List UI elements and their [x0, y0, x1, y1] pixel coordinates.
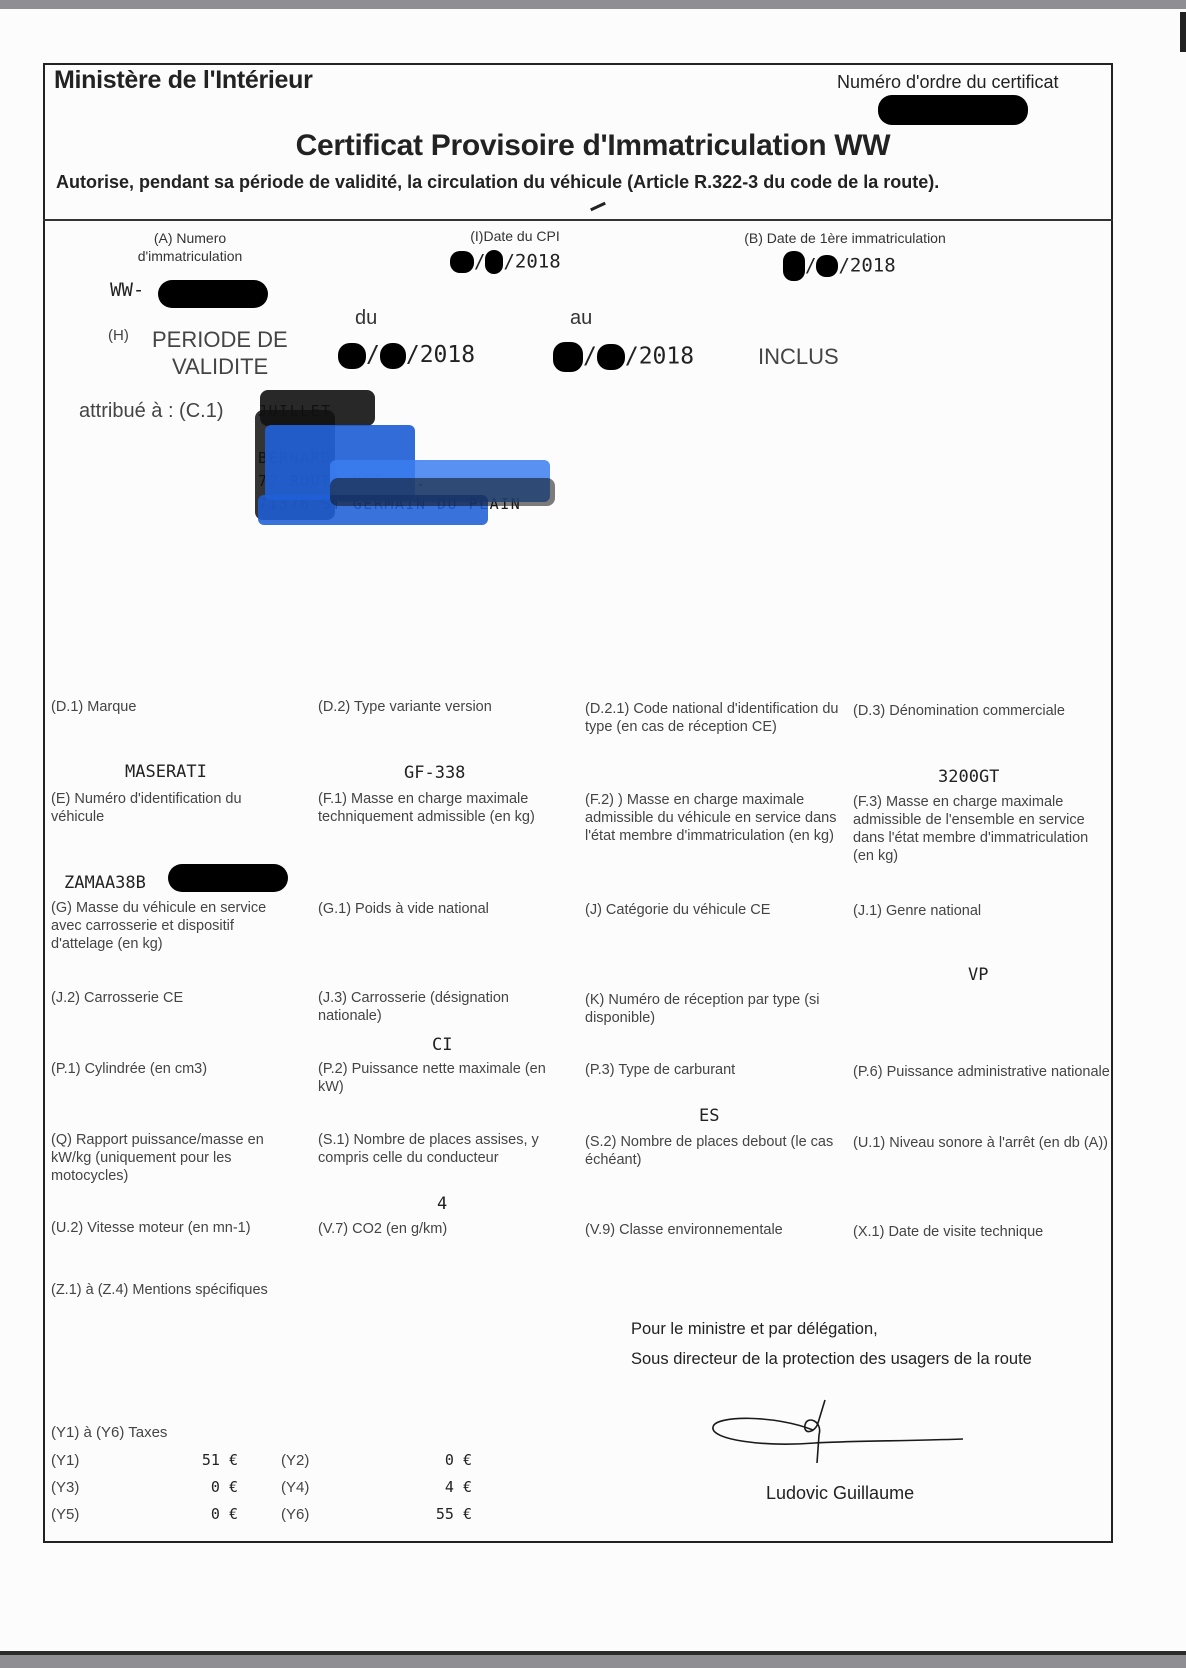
field-j3-value: CI	[432, 1035, 452, 1055]
tax-y1-label: (Y1)	[51, 1452, 79, 1469]
tax-y3-value: 0 €	[178, 1478, 238, 1496]
field-p6-label: (P.6) Puissance administrative nationale	[853, 1063, 1113, 1081]
document-title: Certificat Provisoire d'Immatriculation …	[0, 129, 1186, 163]
validity-from-label: du	[355, 307, 377, 330]
field-q-label: (Q) Rapport puissance/masse en kW/kg (un…	[51, 1131, 291, 1185]
taxes-title: (Y1) à (Y6) Taxes	[51, 1424, 167, 1441]
field-p3-value: ES	[699, 1106, 719, 1126]
cpi-year: /2018	[503, 251, 560, 273]
header-divider	[43, 219, 1113, 221]
field-g-label: (G) Masse du véhicule en service avec ca…	[51, 899, 291, 953]
field-j2-label: (J.2) Carrosserie CE	[51, 989, 291, 1007]
field-g1-label: (G.1) Poids à vide national	[318, 900, 558, 918]
first-registration-value: //2018	[783, 251, 896, 281]
field-p1-label: (P.1) Cylindrée (en cm3)	[51, 1060, 291, 1078]
validity-label-line2: VALIDITE	[172, 354, 268, 380]
certificate-number-label: Numéro d'ordre du certificat	[837, 72, 1059, 93]
field-j3-label: (J.3) Carrosserie (désignation nationale…	[318, 989, 558, 1025]
field-s1-label: (S.1) Nombre de places assises, y compri…	[318, 1131, 563, 1167]
validity-from-sep: /	[366, 342, 380, 368]
field-e-value: ZAMAA38B	[64, 873, 146, 893]
field-s2-label: (S.2) Nombre de places debout (le cas éc…	[585, 1133, 845, 1169]
validity-tag: (H)	[108, 327, 129, 344]
tax-y6-value: 55 €	[412, 1505, 472, 1523]
tax-y6-label: (Y6)	[281, 1506, 309, 1523]
cpi-date-label: (I)Date du CPI	[440, 227, 590, 245]
field-j1-label: (J.1) Genre national	[853, 902, 1113, 920]
signature-line2: Sous directeur de la protection des usag…	[631, 1350, 1032, 1369]
tax-y4-label: (Y4)	[281, 1479, 309, 1496]
registration-number-label: (A) Numero d'immatriculation	[120, 229, 260, 265]
field-x1-label: (X.1) Date de visite technique	[853, 1223, 1113, 1241]
registration-number-label-line2: d'immatriculation	[120, 247, 260, 265]
first-registration-label: (B) Date de 1ère immatriculation	[730, 229, 960, 247]
tax-y2-label: (Y2)	[281, 1452, 309, 1469]
scan-corner-mark	[1180, 12, 1186, 52]
tax-y1-value: 51 €	[178, 1451, 238, 1469]
field-p3-label: (P.3) Type de carburant	[585, 1061, 845, 1079]
ministry-name: Ministère de l'Intérieur	[54, 66, 313, 95]
vin-redaction	[168, 864, 288, 892]
field-s1-value: 4	[437, 1194, 447, 1214]
field-p2-label: (P.2) Puissance nette maximale (en kW)	[318, 1060, 568, 1096]
first-reg-day-redaction	[783, 251, 805, 281]
tax-y5-value: 0 €	[178, 1505, 238, 1523]
tax-y3-label: (Y3)	[51, 1479, 79, 1496]
field-u1-label: (U.1) Niveau sonore à l'arrêt (en db (A)…	[853, 1134, 1113, 1152]
validity-label-line1: PERIODE DE	[152, 327, 288, 353]
field-v7-label: (V.7) CO2 (en g/km)	[318, 1220, 558, 1238]
document-subtitle: Autorise, pendant sa période de validité…	[56, 172, 939, 193]
field-f2-label: (F.2) ) Masse en charge maximale admissi…	[585, 791, 845, 845]
holder-redaction-dark-3	[330, 478, 555, 506]
field-d2-label: (D.2) Type variante version	[318, 698, 568, 716]
field-k-label: (K) Numéro de réception par type (si dis…	[585, 991, 845, 1027]
field-d1-label: (D.1) Marque	[51, 698, 301, 716]
validity-to-day-redaction	[553, 342, 583, 372]
tax-y4-value: 4 €	[412, 1478, 472, 1496]
registration-number-label-line1: (A) Numero	[120, 229, 260, 247]
cpi-day-redaction	[450, 251, 474, 273]
field-d2-value: GF-338	[404, 763, 465, 783]
signatory-name: Ludovic Guillaume	[766, 1483, 914, 1504]
field-j1-value: VP	[968, 965, 988, 985]
signature-line1: Pour le ministre et par délégation,	[631, 1320, 878, 1339]
validity-to-label: au	[570, 307, 592, 330]
field-d3-label: (D.3) Dénomination commerciale	[853, 702, 1113, 720]
validity-from-year: /2018	[406, 342, 475, 368]
field-d1-value: MASERATI	[125, 762, 207, 782]
scan-top-edge	[0, 0, 1186, 9]
scan-bottom-edge	[0, 1655, 1186, 1668]
cpi-month-redaction	[485, 250, 503, 274]
cpi-date-value: //2018	[450, 250, 561, 274]
first-reg-month-redaction	[816, 255, 838, 277]
signature-scribble-icon	[705, 1395, 975, 1465]
field-d21-label: (D.2.1) Code national d'identification d…	[585, 700, 845, 736]
first-reg-year: /2018	[838, 255, 895, 277]
registration-prefix: WW-	[110, 279, 144, 301]
field-d3-value: 3200GT	[938, 767, 999, 787]
first-reg-sep: /	[805, 255, 816, 277]
field-j-label: (J) Catégorie du véhicule CE	[585, 901, 845, 919]
field-z-label: (Z.1) à (Z.4) Mentions spécifiques	[51, 1281, 351, 1299]
validity-from-date: //2018	[338, 342, 475, 369]
validity-from-month-redaction	[380, 343, 406, 369]
registration-number-redaction	[158, 280, 268, 308]
validity-from-day-redaction	[338, 343, 366, 369]
certificate-number-redaction	[878, 95, 1028, 125]
cpi-sep: /	[474, 251, 485, 273]
validity-to-date: //2018	[553, 342, 694, 372]
holder-label: attribué à : (C.1)	[79, 400, 224, 423]
tax-y2-value: 0 €	[412, 1451, 472, 1469]
field-u2-label: (U.2) Vitesse moteur (en mn-1)	[51, 1219, 291, 1237]
registration-number-value: WW-	[110, 279, 144, 301]
field-e-label: (E) Numéro d'identification du véhicule	[51, 790, 271, 826]
validity-to-sep: /	[583, 344, 597, 370]
field-v9-label: (V.9) Classe environnementale	[585, 1221, 845, 1239]
validity-inclusive: INCLUS	[758, 344, 839, 370]
validity-to-month-redaction	[597, 344, 625, 370]
tax-y5-label: (Y5)	[51, 1506, 79, 1523]
field-f3-label: (F.3) Masse en charge maximale admissibl…	[853, 793, 1113, 865]
field-f1-label: (F.1) Masse en charge maximale technique…	[318, 790, 558, 826]
validity-to-year: /2018	[625, 344, 694, 370]
